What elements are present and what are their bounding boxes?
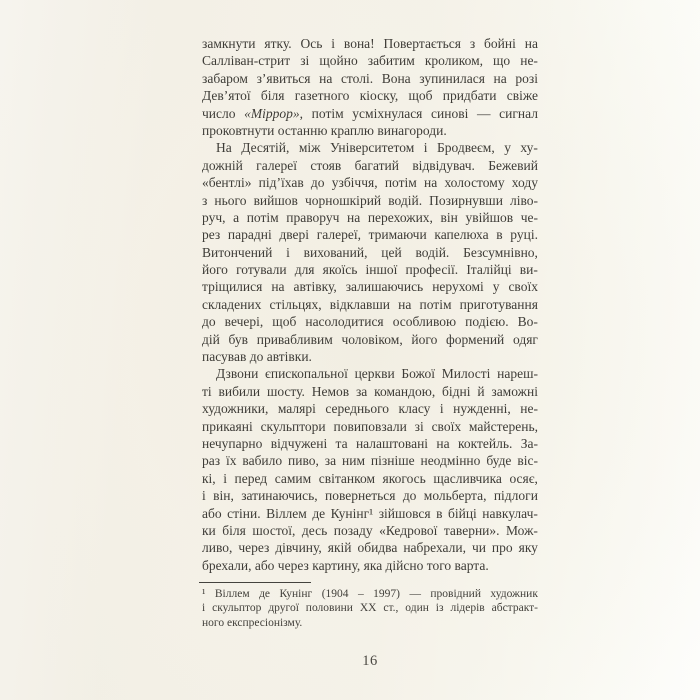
text-line: йогоготувалидляякоїсьіншоїпрофесії.Італі… [202,261,538,278]
text-line: «бентлі»під’їхавдоузбіччя,потімнахолосто… [202,174,538,191]
text-line: кибіляшостої,десьпозаду«Кедровоїтаверни»… [202,522,538,539]
text-line: Салліван-стритзіщойнозабитимкроликом,щон… [202,52,538,69]
text-line: руч,апотімправоручнаперехожих,вінувійшов… [202,209,538,226]
text-line: Витонченийівихований,цейводій.Безсумнівн… [202,244,538,261]
text-line: ливо,черездівчину,якійобидванабрехали,чи… [202,539,538,556]
text-line: резпараднідверігалереї,тримаючикапелюхав… [202,226,538,243]
page-number: 16 [202,653,538,670]
text-line: дожнійгалереїстоявбагатийвідвідувач.Беже… [202,157,538,174]
text-line: проковтнути останню краплю винагороди. [202,122,538,139]
text-line: художники,малярісередньогокласуінужденні… [202,400,538,417]
text-line: Дев’ятоїбілягазетногокіоску,щобпридбатис… [202,87,538,104]
footnote: ¹ВіллемдеКунінг(1904–1997)—провіднийхудо… [202,587,538,630]
text-line: івін,затинаючись,повернетьсядомольберта,… [202,487,538,504]
text-line: іскульптордругоїполовиниХХст.,одинізліде… [202,601,538,615]
paragraph: ДзвониєпископальноїцерквиБожоїМилостінар… [202,365,538,574]
text-line: число«Міррор»,потімусміхнуласясинові—сиг… [202,105,538,122]
text-line: ного експресіонізму. [202,616,538,630]
text-line: прикаяніскульпториповиповзализісвоїхмайс… [202,418,538,435]
text-line: дійбувпривабливимчоловіком,йогоформенийо… [202,331,538,348]
text-line: складенихстільцях,відклавшинапотімпригот… [202,296,538,313]
paragraph: НаДесятій,міжУніверситетоміБродвеєм,уху-… [202,139,538,365]
text-line: ДзвониєпископальноїцерквиБожоїМилостінар… [202,365,538,382]
book-page: замкнутиятку.Осьівона!Повертаєтьсязбойні… [0,0,700,700]
text-line: забаромз’явитьсянастолі.Воназупиниласяна… [202,70,538,87]
text-line: кі,іпередсамимсвітанкомякогосьщасливчика… [202,470,538,487]
text-line: зньоговийшовчорношкірийводій.Позирнувшил… [202,192,538,209]
paragraph: замкнутиятку.Осьівона!Повертаєтьсязбойні… [202,35,538,139]
footnote-separator [199,582,311,583]
text-line: тріщилисянаавтівку,залишаючисьнерухоміус… [202,278,538,295]
text-line: разїхвабилопиво,занимпізнішенеодміннобуд… [202,452,538,469]
text-line: абостіни.ВіллемдеКунінг¹зійшовсявбійціна… [202,505,538,522]
body-text: замкнутиятку.Осьівона!Повертаєтьсязбойні… [202,35,538,574]
text-line: брехали, або через картину, яка дійсно т… [202,557,538,574]
text-line: довечері,щобнасолодитисяособливоюподією.… [202,313,538,330]
text-line: НаДесятій,міжУніверситетоміБродвеєм,уху- [202,139,538,156]
text-line: ¹ВіллемдеКунінг(1904–1997)—провіднийхудо… [202,587,538,601]
text-line: пасував до автівки. [202,348,538,365]
text-line: тівибилишосту.Немовзакомандою,біднійзамо… [202,383,538,400]
text-line: нечупарновідчуженітаналаштованінакоктейл… [202,435,538,452]
text-line: замкнутиятку.Осьівона!Повертаєтьсязбойні… [202,35,538,52]
